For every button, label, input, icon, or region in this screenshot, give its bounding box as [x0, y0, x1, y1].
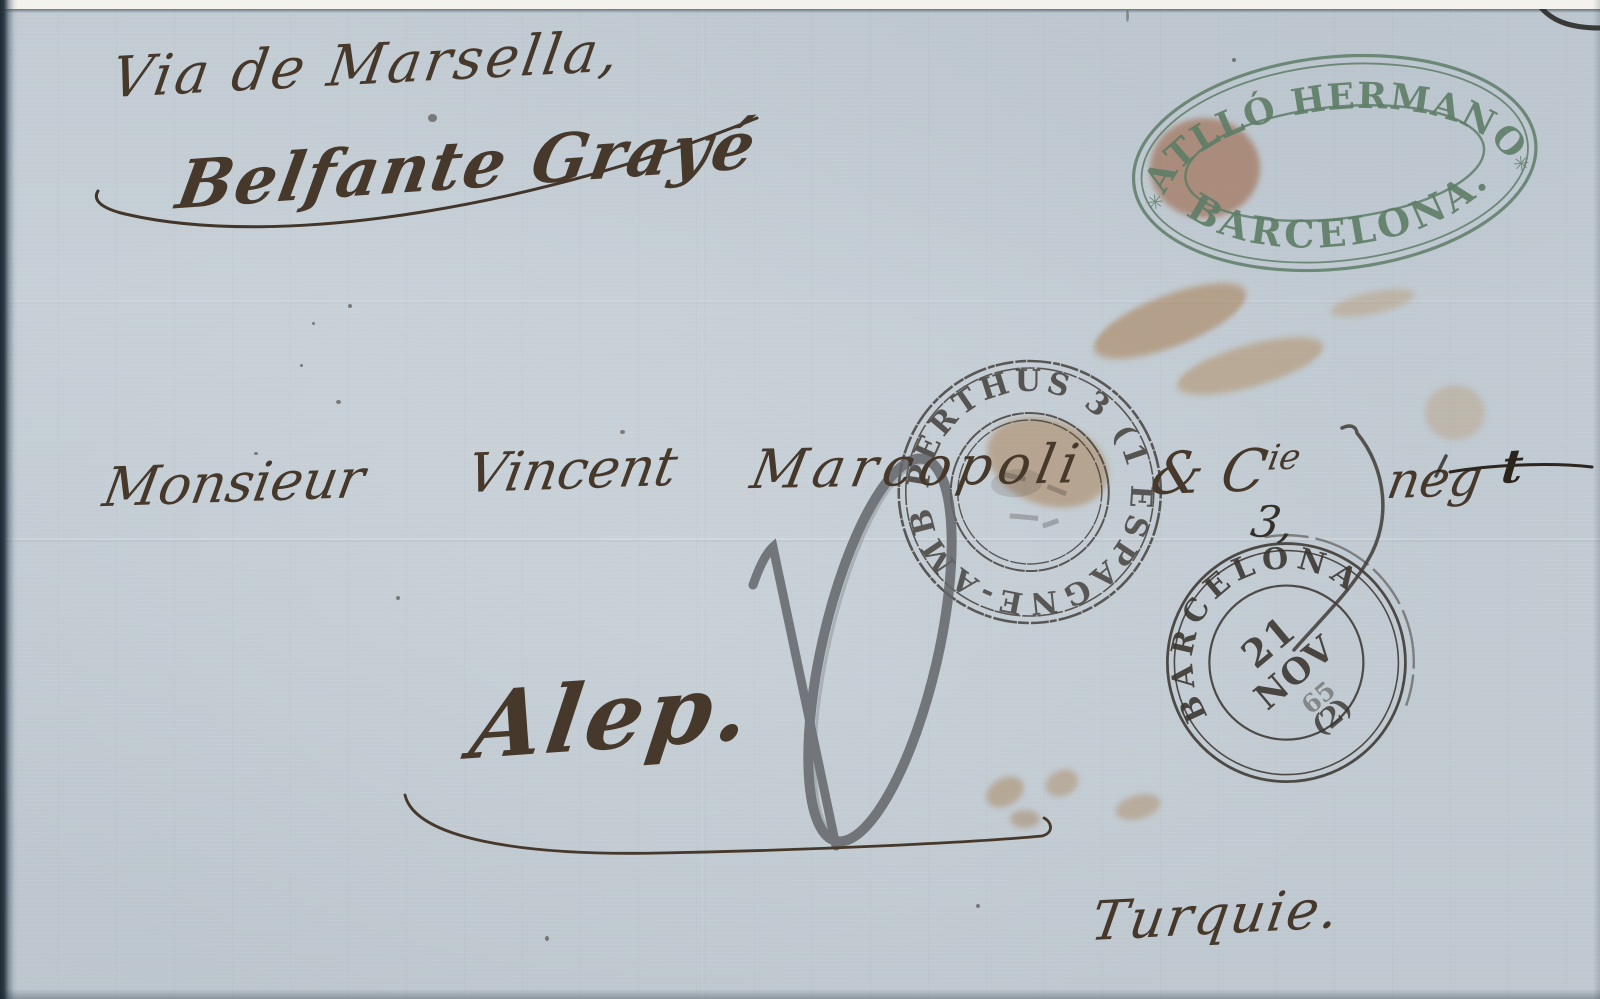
ink-speck	[545, 936, 549, 941]
scan-edge-bottom	[0, 989, 1600, 999]
ink-speck	[620, 430, 625, 434]
ink-speck	[336, 400, 341, 404]
ink-speck	[396, 596, 400, 600]
ink-speck	[300, 364, 303, 367]
merchant-oval-handstamp: BATLLÓ HERMANOS BARCELONA. ✳ ✳	[1108, 16, 1562, 315]
paraph-flourish	[1280, 420, 1410, 680]
address-title: Monsieur	[98, 447, 369, 520]
oval-left-ornament-icon: ✳	[1146, 191, 1165, 215]
profession-flourish-line	[1428, 452, 1600, 497]
oval-right-ornament-icon: ✳	[1512, 153, 1531, 177]
destination-underline-swash	[395, 780, 1075, 870]
scan-edge-top-shadow	[0, 9, 1600, 13]
merchant-oval-graphic: BATLLÓ HERMANOS BARCELONA. ✳ ✳	[1108, 16, 1562, 310]
scanned-letter-cover: BATLLÓ HERMANOS BARCELONA. ✳ ✳ PERTHUS 3…	[0, 0, 1600, 999]
address-company-main: & C	[1146, 436, 1272, 508]
ink-speck	[348, 304, 352, 308]
oval-bottom-text: BARCELONA.	[1176, 153, 1503, 272]
stain-smudge	[1425, 385, 1485, 440]
address-surname: Marcopoli	[746, 432, 1090, 501]
ink-speck	[312, 322, 315, 325]
destination-city: Alep.	[464, 652, 760, 781]
scan-edge-right	[1593, 0, 1600, 999]
folded-edge-shadow	[0, 0, 18, 999]
address-first-name: Vincent	[462, 434, 682, 505]
scan-edge-top	[0, 0, 1600, 9]
ink-speck	[976, 904, 980, 908]
